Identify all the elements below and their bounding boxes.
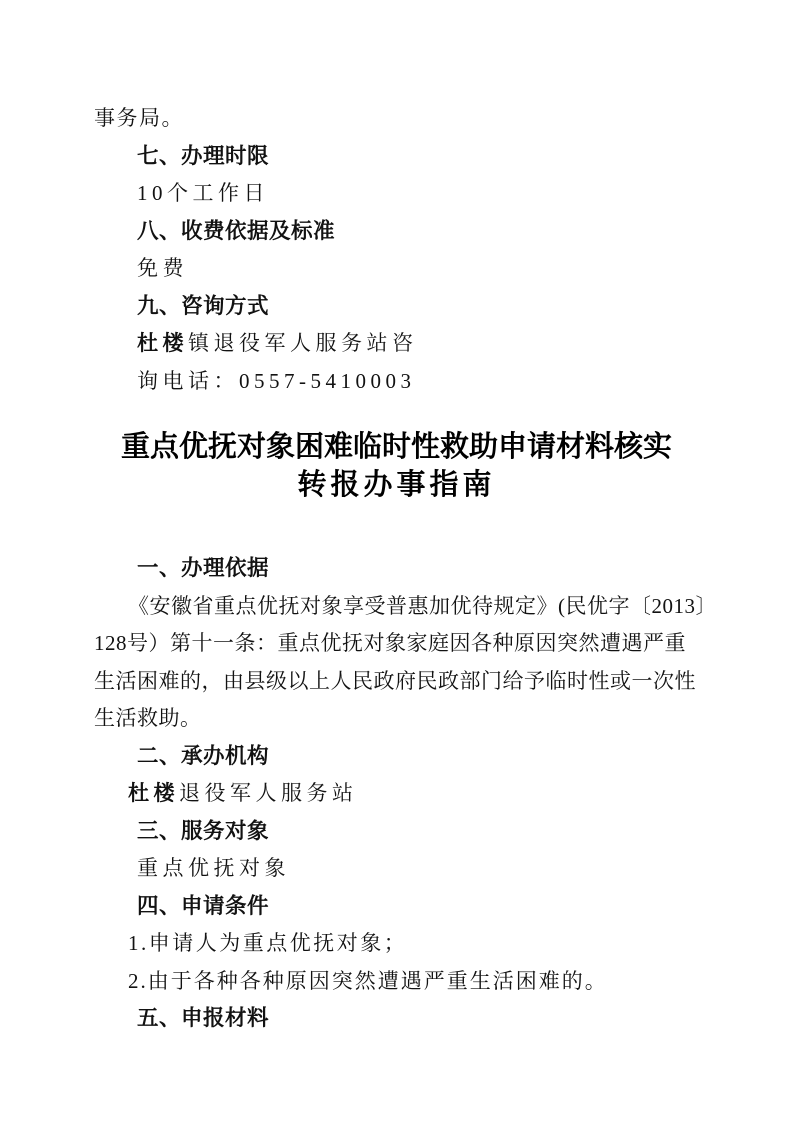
document-page: 事务局。 七、办理时限 10个工作日 八、收费依据及标准 免费 九、咨询方式 杜…: [0, 0, 793, 1122]
section-9-body-line1: 杜楼镇退役军人服务站咨: [94, 325, 699, 363]
basis-paragraph-line4: 生活救助。: [94, 700, 699, 738]
prev-paragraph-tail: 事务局。: [94, 100, 699, 138]
condition-item-2: 2.由于各种各种原因突然遭遇严重生活困难的。: [94, 963, 699, 1001]
condition-item-1: 1.申请人为重点优抚对象；: [94, 925, 699, 963]
section-2-heading: 二、承办机构: [94, 738, 699, 776]
document-title-line1: 重点优抚对象困难临时性救助申请材料核实: [94, 429, 699, 467]
section-3-heading: 三、服务对象: [94, 813, 699, 851]
office-name-bold: 杜楼: [128, 782, 179, 805]
guide-body: 一、办理依据 《安徽省重点优抚对象享受普惠加优待规定》(民优字〔2013〕 12…: [94, 550, 699, 1038]
section-7-body: 10个工作日: [94, 175, 699, 213]
office-name-bold: 杜楼: [137, 332, 188, 355]
basis-paragraph-line3: 生活困难的，由县级以上人民政府民政部门给予临时性或一次性: [94, 663, 699, 701]
section-5-heading: 五、申报材料: [94, 1000, 699, 1038]
section-1-heading: 一、办理依据: [94, 550, 699, 588]
section-4-heading: 四、申请条件: [94, 888, 699, 926]
document-title-line2: 转报办事指南: [94, 467, 699, 505]
section-3-body: 重点优抚对象: [94, 850, 699, 888]
section-8-body: 免费: [94, 250, 699, 288]
basis-paragraph-line2: 128号）第十一条：重点优抚对象家庭因各种原因突然遭遇严重: [94, 625, 699, 663]
basis-paragraph-line1: 《安徽省重点优抚对象享受普惠加优待规定》(民优字〔2013〕: [94, 588, 699, 626]
section-9-body-line2: 询电话：0557-5410003: [94, 363, 699, 401]
section-7-heading: 七、办理时限: [94, 138, 699, 176]
section-9-heading: 九、咨询方式: [94, 288, 699, 326]
page-content: 事务局。 七、办理时限 10个工作日 八、收费依据及标准 免费 九、咨询方式 杜…: [94, 100, 699, 1038]
section-2-body: 杜楼退役军人服务站: [94, 775, 699, 813]
document-title: 重点优抚对象困难临时性救助申请材料核实 转报办事指南: [94, 429, 699, 504]
section-8-heading: 八、收费依据及标准: [94, 213, 699, 251]
office-name-rest: 退役军人服务站: [179, 781, 358, 805]
office-name-rest: 镇退役军人服务站咨: [188, 331, 418, 355]
